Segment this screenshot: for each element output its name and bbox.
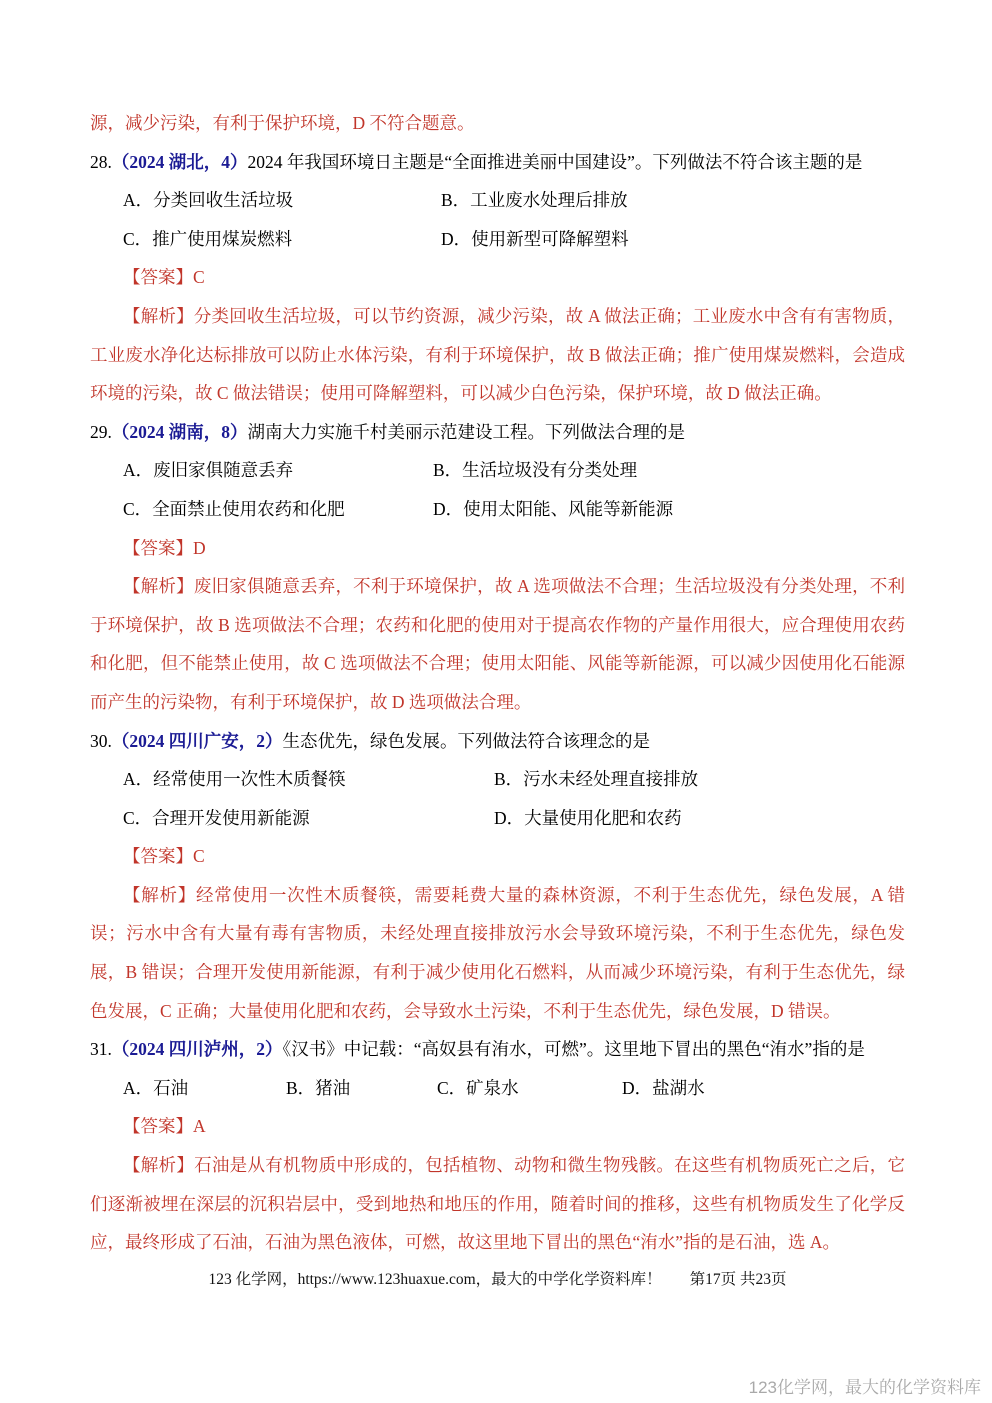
question-number: 30.	[90, 731, 112, 751]
option-c: C．合理开发使用新能源	[123, 799, 494, 838]
question-block-30: 30.（2024 四川广安，2）生态优先，绿色发展。下列做法符合该理念的是 A．…	[90, 722, 905, 1031]
analysis-text: 废旧家俱随意丢弃，不利于环境保护，故 A 选项做法不合理；生活垃圾没有分类处理，…	[90, 576, 905, 712]
question-text: 2024 年我国环境日主题是“全面推进美丽中国建设”。下列做法不符合该主题的是	[248, 152, 863, 172]
page-footer: 123 化学网，https://www.123huaxue.com，最大的中学化…	[90, 1265, 905, 1295]
question-stem: 31.（2024 四川泸州，2）《汉书》中记载：“高奴县有洧水，可燃”。这里地下…	[90, 1030, 905, 1069]
footer-page-info: 第17页 共23页	[690, 1271, 787, 1288]
analysis-paragraph: 【解析】石油是从有机物质中形成的，包括植物、动物和微生物残骸。在这些有机物质死亡…	[90, 1146, 905, 1262]
answer-label: 【答案】	[123, 267, 193, 287]
option-d: D．大量使用化肥和农药	[494, 799, 682, 838]
answer-label: 【答案】	[123, 538, 193, 558]
analysis-label: 【解析】	[123, 1155, 194, 1175]
question-block-29: 29.（2024 湖南，8）湖南大力实施千村美丽示范建设工程。下列做法合理的是 …	[90, 413, 905, 722]
answer-line: 【答案】C	[90, 837, 905, 876]
answer-label: 【答案】	[123, 1116, 193, 1136]
question-number: 29.	[90, 422, 112, 442]
option-a: A．石油	[123, 1069, 286, 1108]
option-b: B．生活垃圾没有分类处理	[433, 451, 637, 490]
options-row: C．推广使用煤炭燃料D．使用新型可降解塑料	[90, 220, 905, 259]
document-page: 源，减少污染，有利于保护环境，D 不符合题意。 28.（2024 湖北，4）20…	[0, 0, 992, 1295]
footer-site-line: 123 化学网，https://www.123huaxue.com，最大的中学化…	[208, 1271, 661, 1288]
analysis-text: 分类回收生活垃圾，可以节约资源，减少污染，故 A 做法正确；工业废水中含有有害物…	[90, 306, 905, 403]
options-row: A．石油B．猪油C．矿泉水D．盐湖水	[90, 1069, 905, 1108]
analysis-text: 经常使用一次性木质餐筷，需要耗费大量的森林资源，不利于生态优先，绿色发展，A 错…	[90, 885, 905, 1021]
question-block-28: 28.（2024 湖北，4）2024 年我国环境日主题是“全面推进美丽中国建设”…	[90, 143, 905, 413]
watermark: 123化学网，最大的化学资料库	[749, 1373, 981, 1398]
options-row: A．经常使用一次性木质餐筷B．污水未经处理直接排放	[90, 760, 905, 799]
analysis-label: 【解析】	[123, 306, 194, 326]
analysis-continuation-line: 源，减少污染，有利于保护环境，D 不符合题意。	[90, 104, 905, 143]
analysis-label: 【解析】	[123, 576, 194, 596]
option-a: A．废旧家俱随意丢弃	[123, 451, 433, 490]
option-d: D．使用新型可降解塑料	[441, 220, 629, 259]
option-c: C．矿泉水	[437, 1069, 622, 1108]
analysis-paragraph: 【解析】废旧家俱随意丢弃，不利于环境保护，故 A 选项做法不合理；生活垃圾没有分…	[90, 567, 905, 721]
option-a: A．经常使用一次性木质餐筷	[123, 760, 494, 799]
question-number: 31.	[90, 1039, 112, 1059]
question-number: 28.	[90, 152, 112, 172]
options-row: A．分类回收生活垃圾B．工业废水处理后排放	[90, 181, 905, 220]
question-source: （2024 四川泸州，2）	[112, 1039, 283, 1059]
question-stem: 29.（2024 湖南，8）湖南大力实施千村美丽示范建设工程。下列做法合理的是	[90, 413, 905, 452]
question-stem: 30.（2024 四川广安，2）生态优先，绿色发展。下列做法符合该理念的是	[90, 722, 905, 761]
option-b: B．工业废水处理后排放	[441, 181, 628, 220]
options-row: C．全面禁止使用农药和化肥D．使用太阳能、风能等新能源	[90, 490, 905, 529]
options-row: A．废旧家俱随意丢弃B．生活垃圾没有分类处理	[90, 451, 905, 490]
option-c: C．全面禁止使用农药和化肥	[123, 490, 433, 529]
option-c: C．推广使用煤炭燃料	[123, 220, 441, 259]
question-text: 湖南大力实施千村美丽示范建设工程。下列做法合理的是	[248, 422, 686, 442]
answer-line: 【答案】C	[90, 258, 905, 297]
options-row: C．合理开发使用新能源D．大量使用化肥和农药	[90, 799, 905, 838]
option-d: D．盐湖水	[622, 1069, 705, 1108]
analysis-text: 石油是从有机物质中形成的，包括植物、动物和微生物残骸。在这些有机物质死亡之后，它…	[90, 1155, 905, 1252]
question-stem: 28.（2024 湖北，4）2024 年我国环境日主题是“全面推进美丽中国建设”…	[90, 143, 905, 182]
question-block-31: 31.（2024 四川泸州，2）《汉书》中记载：“高奴县有洧水，可燃”。这里地下…	[90, 1030, 905, 1262]
question-source: （2024 湖北，4）	[112, 152, 248, 172]
answer-line: 【答案】D	[90, 529, 905, 568]
analysis-label: 【解析】	[123, 885, 196, 905]
option-a: A．分类回收生活垃圾	[123, 181, 441, 220]
answer-line: 【答案】A	[90, 1107, 905, 1146]
answer-value: A	[193, 1116, 206, 1136]
question-text: 《汉书》中记载：“高奴县有洧水，可燃”。这里地下冒出的黑色“洧水”指的是	[283, 1039, 865, 1059]
answer-value: C	[193, 267, 205, 287]
answer-value: D	[193, 538, 206, 558]
question-text: 生态优先，绿色发展。下列做法符合该理念的是	[283, 731, 651, 751]
answer-label: 【答案】	[123, 846, 193, 866]
analysis-paragraph: 【解析】分类回收生活垃圾，可以节约资源，减少污染，故 A 做法正确；工业废水中含…	[90, 297, 905, 413]
option-b: B．污水未经处理直接排放	[494, 760, 698, 799]
question-source: （2024 湖南，8）	[112, 422, 248, 442]
analysis-paragraph: 【解析】经常使用一次性木质餐筷，需要耗费大量的森林资源，不利于生态优先，绿色发展…	[90, 876, 905, 1030]
option-b: B．猪油	[286, 1069, 437, 1108]
question-source: （2024 四川广安，2）	[112, 731, 283, 751]
answer-value: C	[193, 846, 205, 866]
option-d: D．使用太阳能、风能等新能源	[433, 490, 673, 529]
